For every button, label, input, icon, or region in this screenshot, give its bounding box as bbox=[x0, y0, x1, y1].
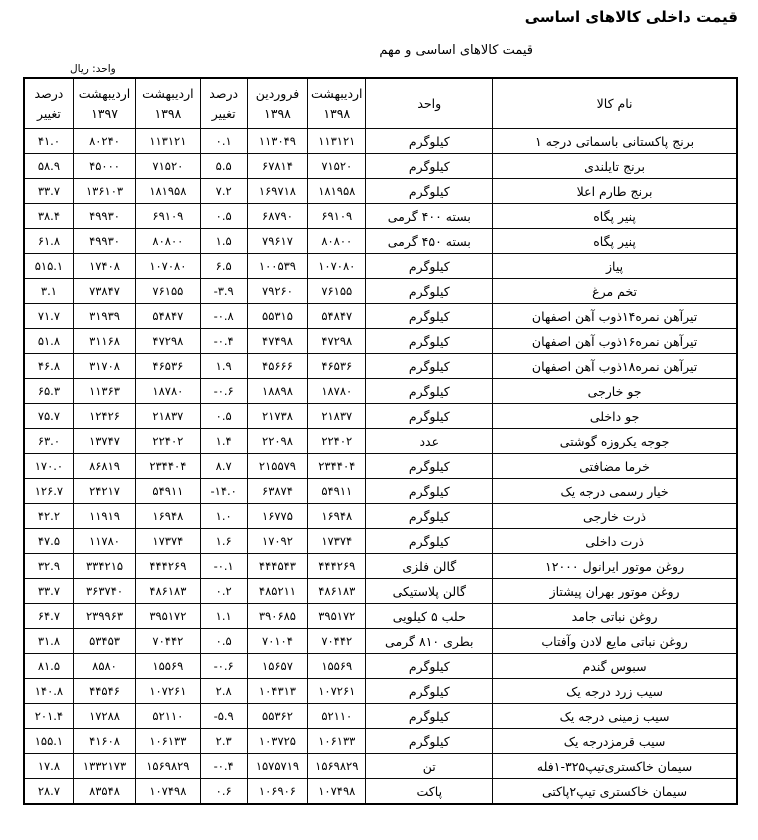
cell-unit: کیلوگرم bbox=[366, 404, 493, 429]
cell-unit: کیلوگرم bbox=[366, 129, 493, 154]
cell-percent-change-yearly: ۳۱.۸ bbox=[24, 629, 73, 654]
cell-price-farvardin-1398: ۵۵۳۱۵ bbox=[247, 304, 307, 329]
cell-price-ordibehesht-1398-yoy: ۵۴۹۱۱ bbox=[136, 479, 200, 504]
cell-unit: کیلوگرم bbox=[366, 379, 493, 404]
cell-price-ordibehesht-1397: ۷۳۸۴۷ bbox=[73, 279, 135, 304]
cell-percent-change-monthly: ۱.۶ bbox=[200, 529, 247, 554]
cell-price-ordibehesht-1398: ۵۴۸۴۷ bbox=[308, 304, 366, 329]
cell-price-ordibehesht-1397: ۱۷۴۰۸ bbox=[73, 254, 135, 279]
cell-percent-change-yearly: ۴۲.۲ bbox=[24, 504, 73, 529]
table-row: سیب زرد درجه یک کیلوگرم ۱۰۷۲۶۱ ۱۰۴۳۱۳ ۲.… bbox=[24, 679, 737, 704]
cell-price-ordibehesht-1397: ۴۹۹۳۰ bbox=[73, 229, 135, 254]
cell-price-ordibehesht-1398: ۲۱۸۳۷ bbox=[308, 404, 366, 429]
cell-price-ordibehesht-1398: ۴۴۴۲۶۹ bbox=[308, 554, 366, 579]
cell-price-ordibehesht-1398: ۸۰۸۰۰ bbox=[308, 229, 366, 254]
cell-price-ordibehesht-1398-yoy: ۴۴۴۲۶۹ bbox=[136, 554, 200, 579]
table-row: پنیر پگاه بسته ۴۰۰ گرمی ۶۹۱۰۹ ۶۸۷۹۰ ۰.۵ … bbox=[24, 204, 737, 229]
cell-price-farvardin-1398: ۴۷۴۹۸ bbox=[247, 329, 307, 354]
cell-unit: حلب ۵ کیلویی bbox=[366, 604, 493, 629]
table-row: برنج تایلندی کیلوگرم ۷۱۵۲۰ ۶۷۸۱۴ ۵.۵ ۷۱۵… bbox=[24, 154, 737, 179]
cell-price-ordibehesht-1397: ۴۱۶۰۸ bbox=[73, 729, 135, 754]
cell-product-name: جو داخلی bbox=[493, 404, 737, 429]
cell-price-farvardin-1398: ۲۱۷۳۸ bbox=[247, 404, 307, 429]
cell-price-ordibehesht-1397: ۴۴۵۴۶ bbox=[73, 679, 135, 704]
cell-percent-change-monthly: ۲.۸ bbox=[200, 679, 247, 704]
cell-price-ordibehesht-1397: ۲۳۹۹۶۳ bbox=[73, 604, 135, 629]
cell-percent-change-monthly: -۰.۶ bbox=[200, 379, 247, 404]
table-row: جو خارجی کیلوگرم ۱۸۷۸۰ ۱۸۸۹۸ -۰.۶ ۱۸۷۸۰ … bbox=[24, 379, 737, 404]
table-row: برنج پاکستانی باسماتی درجه ۱ کیلوگرم ۱۱۳… bbox=[24, 129, 737, 154]
cell-percent-change-yearly: ۳۸.۴ bbox=[24, 204, 73, 229]
cell-percent-change-yearly: ۴۷.۵ bbox=[24, 529, 73, 554]
cell-price-ordibehesht-1398: ۱۶۹۴۸ bbox=[308, 504, 366, 529]
cell-product-name: تیرآهن نمره۱۴ذوب آهن اصفهان bbox=[493, 304, 737, 329]
cell-percent-change-monthly: ۱.۹ bbox=[200, 354, 247, 379]
cell-price-ordibehesht-1397: ۱۳۳۲۱۷۳ bbox=[73, 754, 135, 779]
cell-price-ordibehesht-1398: ۱۰۷۴۹۸ bbox=[308, 779, 366, 805]
cell-price-farvardin-1398: ۱۰۴۳۱۳ bbox=[247, 679, 307, 704]
scanned-price-report-page: قیمت داخلی کالاهای اساسی قیمت کالاهای اس… bbox=[0, 0, 758, 805]
cell-price-farvardin-1398: ۱۰۶۹۰۶ bbox=[247, 779, 307, 805]
cell-price-ordibehesht-1397: ۱۱۹۱۹ bbox=[73, 504, 135, 529]
cell-product-name: جو خارجی bbox=[493, 379, 737, 404]
cell-price-ordibehesht-1398-yoy: ۷۰۴۴۲ bbox=[136, 629, 200, 654]
col-header-percent-change-month: درصد تغییر bbox=[200, 78, 247, 129]
cell-price-ordibehesht-1398: ۴۷۲۹۸ bbox=[308, 329, 366, 354]
cell-product-name: برنج پاکستانی باسماتی درجه ۱ bbox=[493, 129, 737, 154]
cell-unit: کیلوگرم bbox=[366, 654, 493, 679]
cell-price-ordibehesht-1398: ۱۰۶۱۳۳ bbox=[308, 729, 366, 754]
cell-unit: کیلوگرم bbox=[366, 679, 493, 704]
cell-price-ordibehesht-1398: ۱۵۵۶۹ bbox=[308, 654, 366, 679]
cell-price-ordibehesht-1398: ۷۶۱۵۵ bbox=[308, 279, 366, 304]
cell-price-ordibehesht-1397: ۸۰۲۴۰ bbox=[73, 129, 135, 154]
cell-unit: کیلوگرم bbox=[366, 479, 493, 504]
cell-price-ordibehesht-1398-yoy: ۴۶۵۳۶ bbox=[136, 354, 200, 379]
cell-product-name: تخم مرغ bbox=[493, 279, 737, 304]
cell-price-ordibehesht-1397: ۱۳۶۱۰۳ bbox=[73, 179, 135, 204]
cell-price-farvardin-1398: ۷۹۶۱۷ bbox=[247, 229, 307, 254]
cell-product-name: سیب زرد درجه یک bbox=[493, 679, 737, 704]
cell-percent-change-monthly: ۰.۵ bbox=[200, 629, 247, 654]
cell-price-ordibehesht-1398-yoy: ۱۷۳۷۴ bbox=[136, 529, 200, 554]
cell-price-ordibehesht-1398-yoy: ۸۰۸۰۰ bbox=[136, 229, 200, 254]
cell-price-ordibehesht-1398-yoy: ۴۷۲۹۸ bbox=[136, 329, 200, 354]
cell-percent-change-yearly: ۴۶.۸ bbox=[24, 354, 73, 379]
cell-price-farvardin-1398: ۶۳۸۷۴ bbox=[247, 479, 307, 504]
cell-price-farvardin-1398: ۱۱۳۰۴۹ bbox=[247, 129, 307, 154]
col-header-year: ۱۳۹۸ bbox=[250, 104, 305, 123]
table-row: پنیر پگاه بسته ۴۵۰ گرمی ۸۰۸۰۰ ۷۹۶۱۷ ۱.۵ … bbox=[24, 229, 737, 254]
cell-price-farvardin-1398: ۴۸۵۲۱۱ bbox=[247, 579, 307, 604]
cell-price-ordibehesht-1398-yoy: ۷۱۵۲۰ bbox=[136, 154, 200, 179]
cell-price-farvardin-1398: ۶۷۸۱۴ bbox=[247, 154, 307, 179]
cell-percent-change-yearly: ۱۴۰.۸ bbox=[24, 679, 73, 704]
cell-price-ordibehesht-1398-yoy: ۵۲۱۱۰ bbox=[136, 704, 200, 729]
cell-price-farvardin-1398: ۱۶۹۷۱۸ bbox=[247, 179, 307, 204]
cell-price-ordibehesht-1398-yoy: ۲۳۴۴۰۴ bbox=[136, 454, 200, 479]
cell-price-ordibehesht-1397: ۲۴۲۱۷ bbox=[73, 479, 135, 504]
cell-unit: کیلوگرم bbox=[366, 504, 493, 529]
cell-unit: کیلوگرم bbox=[366, 254, 493, 279]
cell-unit: تن bbox=[366, 754, 493, 779]
col-header-ordibehesht-1398-yoy: اردیبهشت ۱۳۹۸ bbox=[136, 78, 200, 129]
cell-percent-change-monthly: -۰.۶ bbox=[200, 654, 247, 679]
cell-price-ordibehesht-1398: ۵۲۱۱۰ bbox=[308, 704, 366, 729]
cell-percent-change-monthly: -۰.۴ bbox=[200, 329, 247, 354]
col-header-month: اردیبهشت bbox=[138, 84, 197, 103]
cell-price-ordibehesht-1397: ۱۱۳۶۳ bbox=[73, 379, 135, 404]
cell-percent-change-yearly: ۵۱۵.۱ bbox=[24, 254, 73, 279]
cell-price-farvardin-1398: ۱۷۰۹۲ bbox=[247, 529, 307, 554]
table-row: ذرت خارجی کیلوگرم ۱۶۹۴۸ ۱۶۷۷۵ ۱.۰ ۱۶۹۴۸ … bbox=[24, 504, 737, 529]
cell-product-name: تیرآهن نمره۱۸ذوب آهن اصفهان bbox=[493, 354, 737, 379]
cell-price-ordibehesht-1398-yoy: ۱۵۵۶۹ bbox=[136, 654, 200, 679]
cell-percent-change-yearly: ۸۱.۵ bbox=[24, 654, 73, 679]
cell-price-ordibehesht-1398-yoy: ۱۰۷۲۶۱ bbox=[136, 679, 200, 704]
cell-price-farvardin-1398: ۶۸۷۹۰ bbox=[247, 204, 307, 229]
cell-price-farvardin-1398: ۷۰۱۰۴ bbox=[247, 629, 307, 654]
cell-price-ordibehesht-1398-yoy: ۴۸۶۱۸۳ bbox=[136, 579, 200, 604]
table-row: ذرت داخلی کیلوگرم ۱۷۳۷۴ ۱۷۰۹۲ ۱.۶ ۱۷۳۷۴ … bbox=[24, 529, 737, 554]
table-row: جو داخلی کیلوگرم ۲۱۸۳۷ ۲۱۷۳۸ ۰.۵ ۲۱۸۳۷ ۱… bbox=[24, 404, 737, 429]
header-row: نام کالا واحد اردیبهشت ۱۳۹۸ فروردین ۱۳۹۸… bbox=[24, 78, 737, 129]
cell-percent-change-yearly: ۵۱.۸ bbox=[24, 329, 73, 354]
cell-price-farvardin-1398: ۱۰۰۵۳۹ bbox=[247, 254, 307, 279]
table-row: خرما مضافتی کیلوگرم ۲۳۴۴۰۴ ۲۱۵۵۷۹ ۸.۷ ۲۳… bbox=[24, 454, 737, 479]
cell-price-ordibehesht-1397: ۳۳۴۲۱۵ bbox=[73, 554, 135, 579]
cell-price-ordibehesht-1397: ۳۱۹۳۹ bbox=[73, 304, 135, 329]
cell-percent-change-monthly: -۰.۴ bbox=[200, 754, 247, 779]
table-row: سبوس گندم کیلوگرم ۱۵۵۶۹ ۱۵۶۵۷ -۰.۶ ۱۵۵۶۹… bbox=[24, 654, 737, 679]
cell-price-ordibehesht-1398-yoy: ۲۱۸۳۷ bbox=[136, 404, 200, 429]
cell-price-ordibehesht-1398: ۳۹۵۱۷۲ bbox=[308, 604, 366, 629]
cell-price-ordibehesht-1398-yoy: ۱۵۶۹۸۲۹ bbox=[136, 754, 200, 779]
cell-percent-change-yearly: ۲۸.۷ bbox=[24, 779, 73, 805]
cell-price-farvardin-1398: ۳۹۰۶۸۵ bbox=[247, 604, 307, 629]
cell-product-name: روغن نباتی جامد bbox=[493, 604, 737, 629]
cell-unit: کیلوگرم bbox=[366, 304, 493, 329]
cell-percent-change-yearly: ۷۵.۷ bbox=[24, 404, 73, 429]
cell-price-farvardin-1398: ۱۸۸۹۸ bbox=[247, 379, 307, 404]
cell-price-ordibehesht-1398: ۷۱۵۲۰ bbox=[308, 154, 366, 179]
cell-percent-change-monthly: ۶.۵ bbox=[200, 254, 247, 279]
cell-price-farvardin-1398: ۴۵۶۶۶ bbox=[247, 354, 307, 379]
cell-price-farvardin-1398: ۲۱۵۵۷۹ bbox=[247, 454, 307, 479]
cell-unit: کیلوگرم bbox=[366, 729, 493, 754]
cell-product-name: سیب زمینی درجه یک bbox=[493, 704, 737, 729]
cell-price-farvardin-1398: ۷۹۲۶۰ bbox=[247, 279, 307, 304]
cell-product-name: برنج طارم اعلا bbox=[493, 179, 737, 204]
cell-percent-change-monthly: ۰.۵ bbox=[200, 404, 247, 429]
cell-price-ordibehesht-1397: ۴۵۰۰۰ bbox=[73, 154, 135, 179]
cell-unit: کیلوگرم bbox=[366, 704, 493, 729]
cell-product-name: ذرت داخلی bbox=[493, 529, 737, 554]
col-header-line2: تغییر bbox=[27, 104, 71, 123]
cell-price-ordibehesht-1397: ۱۱۷۸۰ bbox=[73, 529, 135, 554]
cell-price-ordibehesht-1398-yoy: ۶۹۱۰۹ bbox=[136, 204, 200, 229]
cell-product-name: روغن موتور ایرانول ۱۲۰۰۰ bbox=[493, 554, 737, 579]
cell-percent-change-monthly: -۳.۹ bbox=[200, 279, 247, 304]
col-header-farvardin-1398: فروردین ۱۳۹۸ bbox=[247, 78, 307, 129]
col-header-unit: واحد bbox=[366, 78, 493, 129]
cell-percent-change-monthly: ۱.۰ bbox=[200, 504, 247, 529]
cell-percent-change-monthly: ۱.۱ bbox=[200, 604, 247, 629]
cell-price-farvardin-1398: ۱۶۷۷۵ bbox=[247, 504, 307, 529]
col-header-month: فروردین bbox=[250, 84, 305, 103]
cell-percent-change-monthly: ۰.۶ bbox=[200, 779, 247, 805]
table-row: برنج طارم اعلا کیلوگرم ۱۸۱۹۵۸ ۱۶۹۷۱۸ ۷.۲… bbox=[24, 179, 737, 204]
cell-price-ordibehesht-1398-yoy: ۱۰۷۴۹۸ bbox=[136, 779, 200, 805]
cell-unit: کیلوگرم bbox=[366, 279, 493, 304]
col-header-line1: درصد bbox=[203, 84, 245, 103]
cell-price-ordibehesht-1398-yoy: ۱۶۹۴۸ bbox=[136, 504, 200, 529]
cell-percent-change-monthly: ۰.۵ bbox=[200, 204, 247, 229]
cell-price-ordibehesht-1398-yoy: ۱۸۱۹۵۸ bbox=[136, 179, 200, 204]
table-row: سیمان خاکستری تیپ۲پاکتی پاکت ۱۰۷۴۹۸ ۱۰۶۹… bbox=[24, 779, 737, 805]
table-row: سیب زمینی درجه یک کیلوگرم ۵۲۱۱۰ ۵۵۳۶۲ -۵… bbox=[24, 704, 737, 729]
cell-unit: کیلوگرم bbox=[366, 454, 493, 479]
cell-percent-change-monthly: -۵.۹ bbox=[200, 704, 247, 729]
cell-price-ordibehesht-1398-yoy: ۲۲۴۰۲ bbox=[136, 429, 200, 454]
cell-unit: پاکت bbox=[366, 779, 493, 805]
cell-product-name: خرما مضافتی bbox=[493, 454, 737, 479]
cell-percent-change-monthly: ۰.۲ bbox=[200, 579, 247, 604]
cell-unit: کیلوگرم bbox=[366, 529, 493, 554]
cell-product-name: برنج تایلندی bbox=[493, 154, 737, 179]
cell-unit: عدد bbox=[366, 429, 493, 454]
cell-percent-change-monthly: -۱۴.۰ bbox=[200, 479, 247, 504]
table-row: تخم مرغ کیلوگرم ۷۶۱۵۵ ۷۹۲۶۰ -۳.۹ ۷۶۱۵۵ ۷… bbox=[24, 279, 737, 304]
cell-price-farvardin-1398: ۱۵۶۵۷ bbox=[247, 654, 307, 679]
cell-percent-change-yearly: ۲۰۱.۴ bbox=[24, 704, 73, 729]
table-row: روغن موتور بهران پیشتاز گالن پلاستیکی ۴۸… bbox=[24, 579, 737, 604]
cell-unit: بطری ۸۱۰ گرمی bbox=[366, 629, 493, 654]
cell-percent-change-monthly: ۱.۴ bbox=[200, 429, 247, 454]
cell-percent-change-yearly: ۶۳.۰ bbox=[24, 429, 73, 454]
cell-percent-change-monthly: ۵.۵ bbox=[200, 154, 247, 179]
cell-percent-change-yearly: ۴۱.۰ bbox=[24, 129, 73, 154]
cell-unit: گالن فلزی bbox=[366, 554, 493, 579]
table-row: تیرآهن نمره۱۴ذوب آهن اصفهان کیلوگرم ۵۴۸۴… bbox=[24, 304, 737, 329]
cell-price-ordibehesht-1398: ۱۸۷۸۰ bbox=[308, 379, 366, 404]
cell-price-ordibehesht-1398: ۲۲۴۰۲ bbox=[308, 429, 366, 454]
cell-price-ordibehesht-1398-yoy: ۱۱۳۱۲۱ bbox=[136, 129, 200, 154]
col-header-ordibehesht-1398: اردیبهشت ۱۳۹۸ bbox=[308, 78, 366, 129]
cell-unit: کیلوگرم bbox=[366, 329, 493, 354]
cell-price-ordibehesht-1398: ۵۴۹۱۱ bbox=[308, 479, 366, 504]
col-header-year: ۱۳۹۸ bbox=[138, 104, 197, 123]
col-header-month: اردیبهشت bbox=[76, 84, 133, 103]
cell-price-ordibehesht-1398-yoy: ۷۶۱۵۵ bbox=[136, 279, 200, 304]
cell-price-ordibehesht-1398: ۶۹۱۰۹ bbox=[308, 204, 366, 229]
cell-percent-change-yearly: ۱۲۶.۷ bbox=[24, 479, 73, 504]
table-row: تیرآهن نمره۱۸ذوب آهن اصفهان کیلوگرم ۴۶۵۳… bbox=[24, 354, 737, 379]
cell-price-ordibehesht-1397: ۸۳۵۴۸ bbox=[73, 779, 135, 805]
col-header-product-name: نام کالا bbox=[493, 78, 737, 129]
cell-price-ordibehesht-1398-yoy: ۱۸۷۸۰ bbox=[136, 379, 200, 404]
table-row: روغن نباتی جامد حلب ۵ کیلویی ۳۹۵۱۷۲ ۳۹۰۶… bbox=[24, 604, 737, 629]
table-row: سیمان خاکستری‌تیپ۳۲۵-۱فله تن ۱۵۶۹۸۲۹ ۱۵۷… bbox=[24, 754, 737, 779]
cell-price-ordibehesht-1397: ۱۷۲۸۸ bbox=[73, 704, 135, 729]
col-header-percent-change-year: درصد تغییر bbox=[24, 78, 73, 129]
table-body: برنج پاکستانی باسماتی درجه ۱ کیلوگرم ۱۱۳… bbox=[24, 129, 737, 805]
cell-unit: گالن پلاستیکی bbox=[366, 579, 493, 604]
cell-product-name: پیاز bbox=[493, 254, 737, 279]
cell-price-ordibehesht-1398: ۱۰۷۰۸۰ bbox=[308, 254, 366, 279]
cell-percent-change-yearly: ۱۷.۸ bbox=[24, 754, 73, 779]
cell-percent-change-monthly: ۸.۷ bbox=[200, 454, 247, 479]
cell-percent-change-yearly: ۳.۱ bbox=[24, 279, 73, 304]
cell-percent-change-yearly: ۶۵.۳ bbox=[24, 379, 73, 404]
cell-price-ordibehesht-1397: ۳۱۷۰۸ bbox=[73, 354, 135, 379]
col-header-label: واحد bbox=[368, 94, 490, 113]
cell-percent-change-monthly: ۷.۲ bbox=[200, 179, 247, 204]
basic-goods-prices-table: نام کالا واحد اردیبهشت ۱۳۹۸ فروردین ۱۳۹۸… bbox=[23, 77, 738, 805]
cell-price-ordibehesht-1397: ۳۶۳۷۴۰ bbox=[73, 579, 135, 604]
cell-product-name: سیمان خاکستری‌تیپ۳۲۵-۱فله bbox=[493, 754, 737, 779]
cell-price-ordibehesht-1397: ۱۲۴۲۶ bbox=[73, 404, 135, 429]
table-row: روغن موتور ایرانول ۱۲۰۰۰ گالن فلزی ۴۴۴۲۶… bbox=[24, 554, 737, 579]
cell-price-ordibehesht-1398: ۴۶۵۳۶ bbox=[308, 354, 366, 379]
cell-product-name: روغن نباتی مایع لادن وآفتاب bbox=[493, 629, 737, 654]
cell-percent-change-yearly: ۳۳.۷ bbox=[24, 579, 73, 604]
cell-price-farvardin-1398: ۵۵۳۶۲ bbox=[247, 704, 307, 729]
cell-price-ordibehesht-1398-yoy: ۱۰۶۱۳۳ bbox=[136, 729, 200, 754]
cell-price-ordibehesht-1398-yoy: ۵۴۸۴۷ bbox=[136, 304, 200, 329]
cell-percent-change-yearly: ۳۳.۷ bbox=[24, 179, 73, 204]
cell-percent-change-monthly: ۲.۳ bbox=[200, 729, 247, 754]
cell-price-ordibehesht-1397: ۸۶۸۱۹ bbox=[73, 454, 135, 479]
cell-percent-change-monthly: -۰.۱ bbox=[200, 554, 247, 579]
col-header-year: ۱۳۹۸ bbox=[310, 104, 363, 123]
page-subtitle: قیمت کالاهای اساسی و مهم bbox=[20, 43, 533, 58]
cell-unit: کیلوگرم bbox=[366, 154, 493, 179]
col-header-label: نام کالا bbox=[495, 94, 734, 113]
cell-product-name: جوجه یکروزه گوشتی bbox=[493, 429, 737, 454]
cell-product-name: خیار رسمی درجه یک bbox=[493, 479, 737, 504]
cell-percent-change-yearly: ۶۱.۸ bbox=[24, 229, 73, 254]
cell-product-name: سبوس گندم bbox=[493, 654, 737, 679]
cell-price-ordibehesht-1397: ۳۱۱۶۸ bbox=[73, 329, 135, 354]
cell-price-ordibehesht-1397: ۱۳۷۴۷ bbox=[73, 429, 135, 454]
table-row: خیار رسمی درجه یک کیلوگرم ۵۴۹۱۱ ۶۳۸۷۴ -۱… bbox=[24, 479, 737, 504]
cell-product-name: پنیر پگاه bbox=[493, 229, 737, 254]
cell-price-ordibehesht-1398: ۲۳۴۴۰۴ bbox=[308, 454, 366, 479]
cell-percent-change-monthly: ۱.۵ bbox=[200, 229, 247, 254]
cell-price-ordibehesht-1398-yoy: ۳۹۵۱۷۲ bbox=[136, 604, 200, 629]
table-row: پیاز کیلوگرم ۱۰۷۰۸۰ ۱۰۰۵۳۹ ۶.۵ ۱۰۷۰۸۰ ۱۷… bbox=[24, 254, 737, 279]
cell-price-ordibehesht-1398: ۱۵۶۹۸۲۹ bbox=[308, 754, 366, 779]
col-header-ordibehesht-1397: اردیبهشت ۱۳۹۷ bbox=[73, 78, 135, 129]
cell-price-ordibehesht-1398: ۱۷۳۷۴ bbox=[308, 529, 366, 554]
col-header-line1: درصد bbox=[27, 84, 71, 103]
cell-unit: بسته ۴۰۰ گرمی bbox=[366, 204, 493, 229]
currency-unit-note: واحد: ریال bbox=[20, 63, 738, 75]
cell-percent-change-yearly: ۳۲.۹ bbox=[24, 554, 73, 579]
cell-price-ordibehesht-1398: ۴۸۶۱۸۳ bbox=[308, 579, 366, 604]
col-header-line2: تغییر bbox=[203, 104, 245, 123]
cell-price-ordibehesht-1398: ۷۰۴۴۲ bbox=[308, 629, 366, 654]
cell-percent-change-yearly: ۱۷۰.۰ bbox=[24, 454, 73, 479]
cell-percent-change-monthly: -۰.۸ bbox=[200, 304, 247, 329]
cell-product-name: ذرت خارجی bbox=[493, 504, 737, 529]
cell-product-name: پنیر پگاه bbox=[493, 204, 737, 229]
cell-percent-change-monthly: ۰.۱ bbox=[200, 129, 247, 154]
cell-product-name: تیرآهن نمره۱۶ذوب آهن اصفهان bbox=[493, 329, 737, 354]
cell-price-farvardin-1398: ۱۰۳۷۲۵ bbox=[247, 729, 307, 754]
cell-percent-change-yearly: ۵۸.۹ bbox=[24, 154, 73, 179]
cell-price-farvardin-1398: ۱۵۷۵۷۱۹ bbox=[247, 754, 307, 779]
cell-price-ordibehesht-1397: ۵۳۴۵۳ bbox=[73, 629, 135, 654]
cell-product-name: روغن موتور بهران پیشتاز bbox=[493, 579, 737, 604]
cell-price-ordibehesht-1398: ۱۸۱۹۵۸ bbox=[308, 179, 366, 204]
cell-unit: بسته ۴۵۰ گرمی bbox=[366, 229, 493, 254]
cell-product-name: سیمان خاکستری تیپ۲پاکتی bbox=[493, 779, 737, 805]
cell-unit: کیلوگرم bbox=[366, 179, 493, 204]
col-header-year: ۱۳۹۷ bbox=[76, 104, 133, 123]
page-title: قیمت داخلی کالاهای اساسی bbox=[20, 0, 738, 26]
cell-price-farvardin-1398: ۴۴۴۵۴۳ bbox=[247, 554, 307, 579]
cell-unit: کیلوگرم bbox=[366, 354, 493, 379]
cell-percent-change-yearly: ۱۵۵.۱ bbox=[24, 729, 73, 754]
cell-price-ordibehesht-1398: ۱۰۷۲۶۱ bbox=[308, 679, 366, 704]
cell-price-ordibehesht-1397: ۸۵۸۰ bbox=[73, 654, 135, 679]
table-row: روغن نباتی مایع لادن وآفتاب بطری ۸۱۰ گرم… bbox=[24, 629, 737, 654]
col-header-month: اردیبهشت bbox=[310, 84, 363, 103]
table-row: سیب قرمزدرجه یک کیلوگرم ۱۰۶۱۳۳ ۱۰۳۷۲۵ ۲.… bbox=[24, 729, 737, 754]
cell-price-ordibehesht-1398-yoy: ۱۰۷۰۸۰ bbox=[136, 254, 200, 279]
cell-product-name: سیب قرمزدرجه یک bbox=[493, 729, 737, 754]
table-row: جوجه یکروزه گوشتی عدد ۲۲۴۰۲ ۲۲۰۹۸ ۱.۴ ۲۲… bbox=[24, 429, 737, 454]
cell-percent-change-yearly: ۷۱.۷ bbox=[24, 304, 73, 329]
table-row: تیرآهن نمره۱۶ذوب آهن اصفهان کیلوگرم ۴۷۲۹… bbox=[24, 329, 737, 354]
cell-price-farvardin-1398: ۲۲۰۹۸ bbox=[247, 429, 307, 454]
cell-price-ordibehesht-1398: ۱۱۳۱۲۱ bbox=[308, 129, 366, 154]
cell-price-ordibehesht-1397: ۴۹۹۳۰ bbox=[73, 204, 135, 229]
cell-percent-change-yearly: ۶۴.۷ bbox=[24, 604, 73, 629]
